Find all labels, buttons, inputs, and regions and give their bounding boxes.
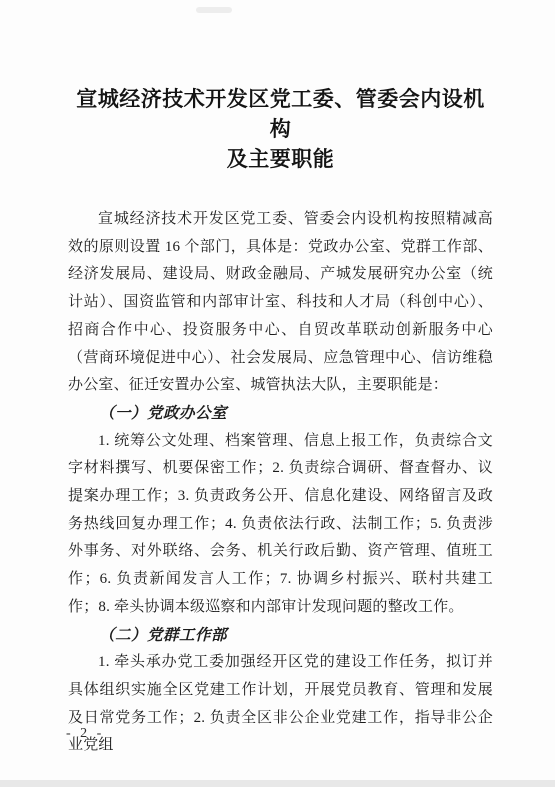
scanned-document-page: 宣城经济技术开发区党工委、管委会内设机构及主要职能 宣城经济技术开发区党工委、管… [0,0,555,787]
intro-paragraph: 宣城经济技术开发区党工委、管委会内设机构按照精减高效的原则设置 16 个部门，具… [68,206,493,400]
document-title-line1: 宣城经济技术开发区党工委、管委会内设机构 [76,87,485,141]
section-2-body: 1. 牵头承办党工委加强经开区党的建设工作任务，拟订并具体组织实施全区党建工作计… [68,649,493,760]
document-content: 宣城经济技术开发区党工委、管委会内设机构及主要职能 宣城经济技术开发区党工委、管… [68,84,493,760]
section-1-heading: （一）党政办公室 [68,400,493,428]
document-title-line2: 及主要职能 [227,147,335,171]
section-1-body: 1. 统筹公文处理、档案管理、信息上报工作，负责综合文字材料撰写、机要保密工作；… [68,428,493,622]
page-number: - 2 - [66,726,104,742]
scan-artifact-bottom-edge [0,780,555,787]
scan-artifact-top [196,7,232,13]
section-2-heading: （二）党群工作部 [68,622,493,650]
document-title: 宣城经济技术开发区党工委、管委会内设机构及主要职能 [68,84,493,174]
